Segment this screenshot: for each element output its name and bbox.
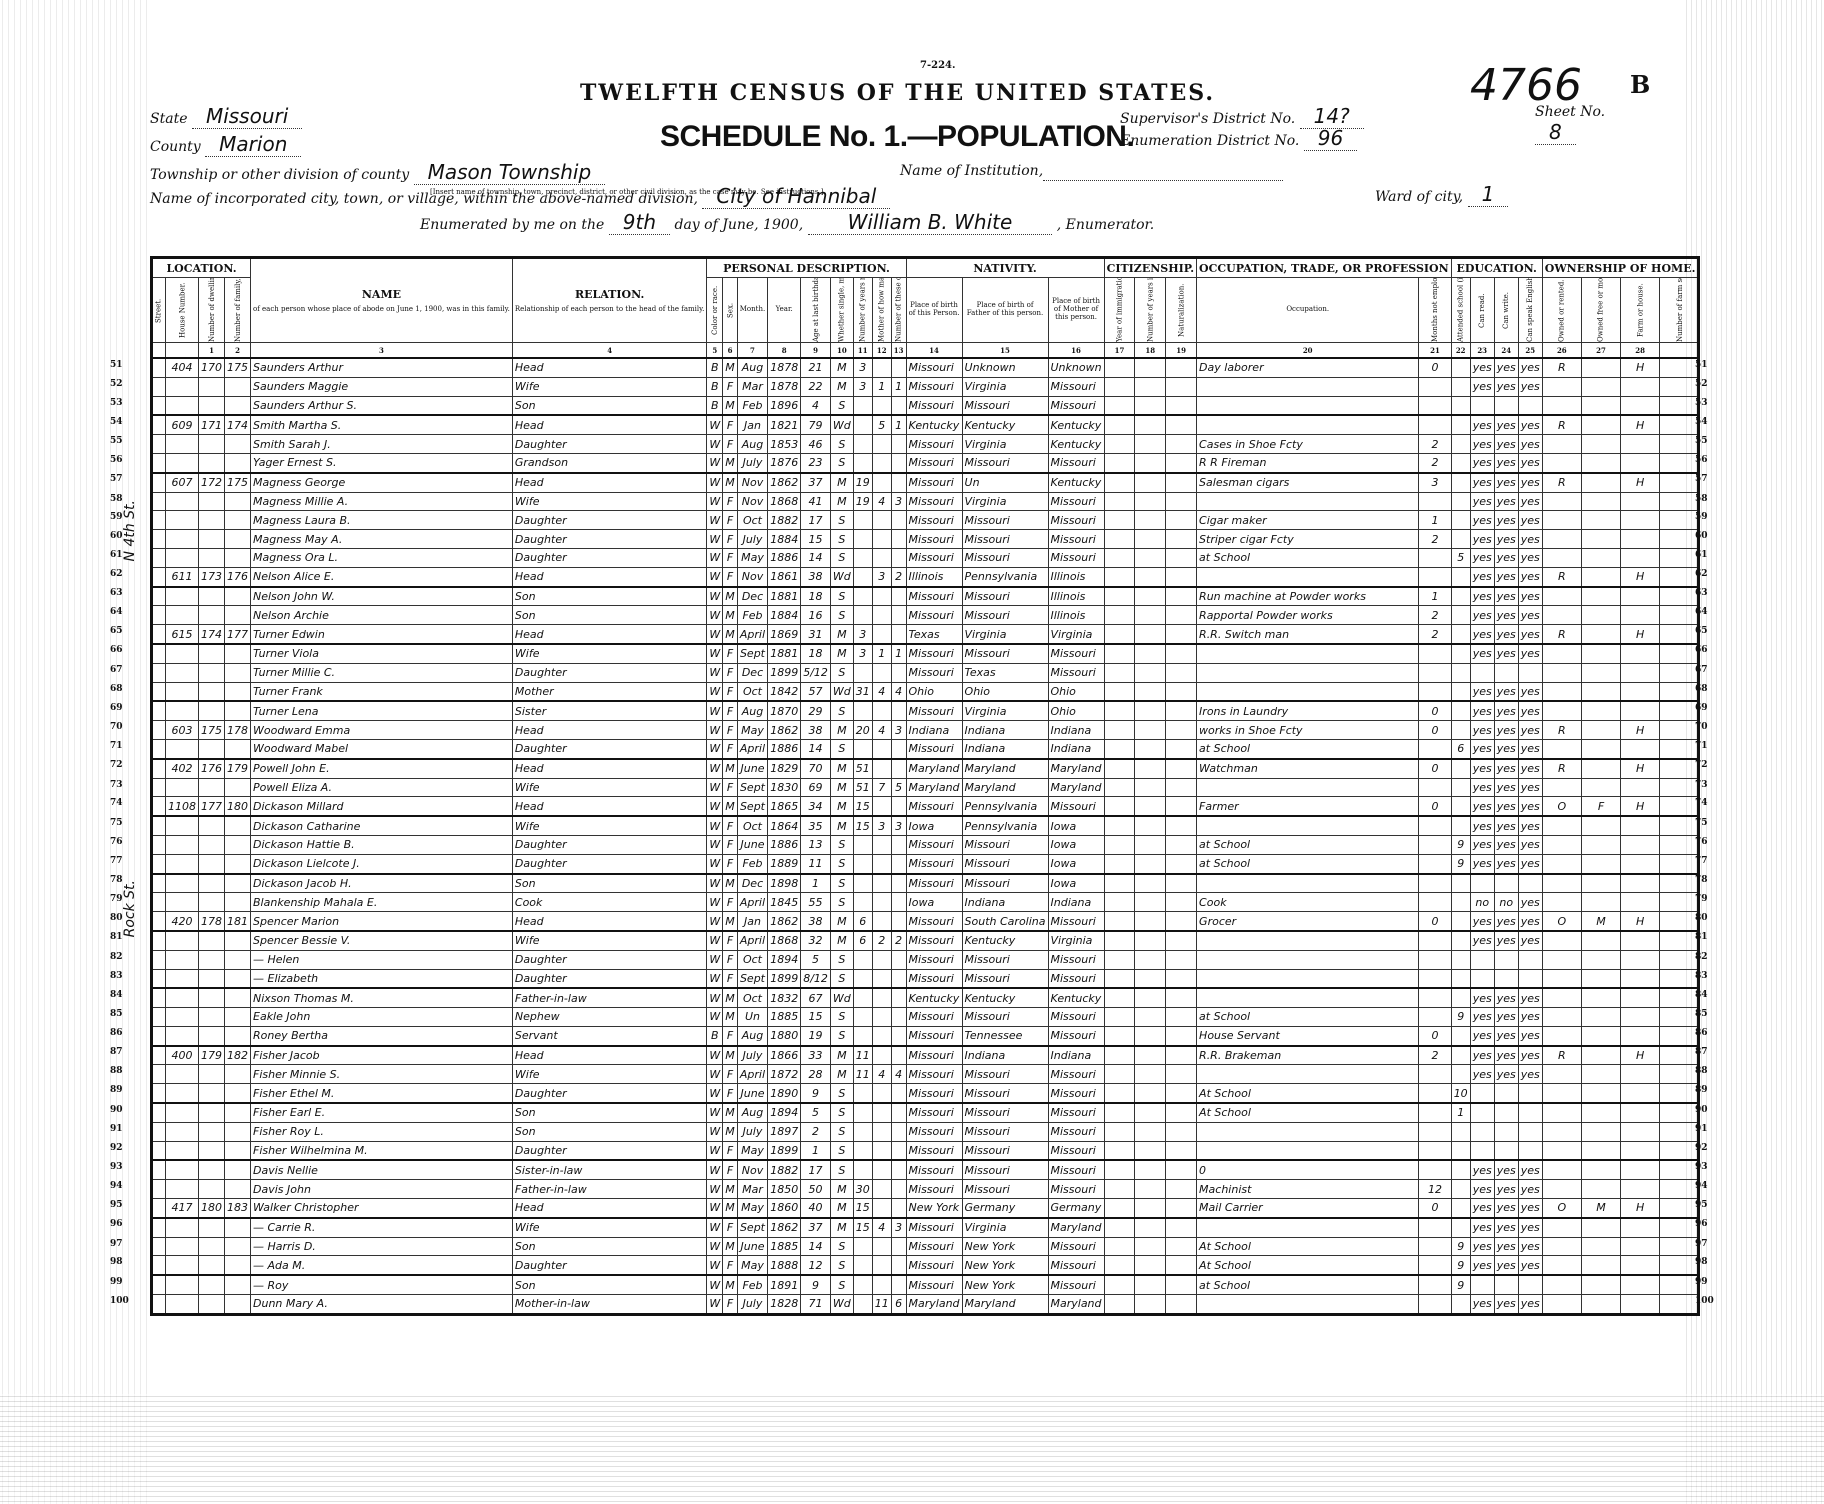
birthplace-person-cell: Missouri bbox=[906, 1084, 962, 1103]
attended-school-cell bbox=[1451, 778, 1470, 797]
years-married-cell bbox=[853, 874, 872, 893]
owned-rented-cell bbox=[1542, 1008, 1581, 1027]
dwelling-number-cell bbox=[199, 548, 225, 567]
naturalization-cell bbox=[1166, 663, 1197, 682]
line-number-left: 74 bbox=[110, 798, 123, 808]
years-married-cell: 19 bbox=[853, 473, 872, 492]
birth-year-cell: 1864 bbox=[768, 816, 801, 835]
birthplace-mother-cell: Missouri bbox=[1048, 396, 1104, 415]
line-number-right: 62 bbox=[1695, 569, 1708, 579]
years-married-cell bbox=[853, 1026, 872, 1045]
color-cell: W bbox=[707, 1046, 723, 1065]
years-in-us-cell bbox=[1135, 1218, 1166, 1237]
children-living-cell: 1 bbox=[891, 415, 906, 434]
street-cell bbox=[152, 854, 166, 873]
farm-house-cell: H bbox=[1621, 1046, 1660, 1065]
age-cell: 17 bbox=[801, 1160, 831, 1179]
children-born-cell: 4 bbox=[872, 682, 891, 701]
immigration-year-cell bbox=[1104, 377, 1135, 396]
occupation-cell: Rapportal Powder works bbox=[1197, 606, 1419, 625]
children-born-cell bbox=[872, 511, 891, 530]
speaks-english-cell: yes bbox=[1518, 1160, 1542, 1179]
occupation-header: OCCUPATION, TRADE, OR PROFESSION bbox=[1197, 258, 1452, 278]
marital-status-cell: S bbox=[830, 893, 853, 912]
occupation-cell bbox=[1197, 988, 1419, 1007]
children-born-cell bbox=[872, 1008, 891, 1027]
enumeration-date-field: Enumerated by me on the 9th day of June,… bbox=[420, 210, 1154, 234]
table-row: Smith Sarah J.DaughterWFAug185346SMissou… bbox=[152, 435, 1699, 454]
person-name-cell: Saunders Arthur bbox=[251, 358, 513, 377]
house-number-cell bbox=[166, 893, 199, 912]
children-born-cell bbox=[872, 396, 891, 415]
can-write-cell: yes bbox=[1494, 988, 1518, 1007]
color-cell: W bbox=[707, 1275, 723, 1294]
marital-status-cell: M bbox=[830, 759, 853, 778]
occupation-cell bbox=[1197, 1295, 1419, 1315]
age-cell: 11 bbox=[801, 854, 831, 873]
age-cell: 33 bbox=[801, 1046, 831, 1065]
house-number-cell bbox=[166, 492, 199, 511]
line-number-right: 99 bbox=[1695, 1277, 1708, 1287]
occupation-cell: Striper cigar Fcty bbox=[1197, 530, 1419, 549]
color-cell: W bbox=[707, 1084, 723, 1103]
family-number-cell bbox=[225, 1275, 251, 1294]
free-mortgaged-cell bbox=[1581, 988, 1620, 1007]
birth-year-cell: 1886 bbox=[768, 739, 801, 758]
attended-school-cell bbox=[1451, 492, 1470, 511]
person-name-cell: Magness May A. bbox=[251, 530, 513, 549]
birthplace-person-cell: Missouri bbox=[906, 1046, 962, 1065]
can-write-cell: yes bbox=[1494, 1065, 1518, 1084]
farm-schedule-cell bbox=[1660, 530, 1699, 549]
occupation-cell: at School bbox=[1197, 835, 1419, 854]
years-in-us-cell bbox=[1135, 377, 1166, 396]
children-born-cell bbox=[872, 1160, 891, 1179]
marital-status-cell: S bbox=[830, 1160, 853, 1179]
street-cell bbox=[152, 701, 166, 720]
table-row: — Harris D.SonWMJune188514SMissouriNew Y… bbox=[152, 1237, 1699, 1256]
house-number-cell: 400 bbox=[166, 1046, 199, 1065]
color-cell: W bbox=[707, 682, 723, 701]
owned-rented-cell bbox=[1542, 663, 1581, 682]
naturalization-cell bbox=[1166, 530, 1197, 549]
birthplace-mother-cell: Missouri bbox=[1048, 969, 1104, 988]
can-write-cell: yes bbox=[1494, 548, 1518, 567]
free-mortgaged-cell bbox=[1581, 396, 1620, 415]
occupation-cell bbox=[1197, 969, 1419, 988]
attended-school-cell bbox=[1451, 1295, 1470, 1315]
attended-school-cell bbox=[1451, 816, 1470, 835]
can-write-cell: yes bbox=[1494, 1295, 1518, 1315]
immigration-year-cell bbox=[1104, 1065, 1135, 1084]
table-row: — ElizabethDaughterWFSept18998/12SMissou… bbox=[152, 969, 1699, 988]
age-cell: 46 bbox=[801, 435, 831, 454]
immigration-year-cell bbox=[1104, 701, 1135, 720]
house-number-cell bbox=[166, 835, 199, 854]
years-married-cell bbox=[853, 415, 872, 434]
years-married-cell: 6 bbox=[853, 912, 872, 931]
free-mortgaged-cell bbox=[1581, 625, 1620, 644]
color-cell: W bbox=[707, 1141, 723, 1160]
farm-house-cell: H bbox=[1621, 912, 1660, 931]
family-number-cell: 176 bbox=[225, 567, 251, 586]
birth-month-cell: April bbox=[737, 1065, 767, 1084]
education-header: EDUCATION. bbox=[1451, 258, 1542, 278]
farm-house-cell bbox=[1621, 1218, 1660, 1237]
column-number: 24 bbox=[1494, 343, 1518, 359]
birthplace-mother-cell: Missouri bbox=[1048, 1275, 1104, 1294]
can-read-cell: yes bbox=[1470, 682, 1494, 701]
line-number-left: 64 bbox=[110, 607, 123, 617]
can-read-cell: no bbox=[1470, 893, 1494, 912]
person-name-cell: Magness Laura B. bbox=[251, 511, 513, 530]
dwelling-number-cell bbox=[199, 511, 225, 530]
marital-status-cell: Wd bbox=[830, 567, 853, 586]
person-name-cell: Eakle John bbox=[251, 1008, 513, 1027]
farm-schedule-cell bbox=[1660, 854, 1699, 873]
years-in-us-cell bbox=[1135, 1256, 1166, 1275]
dwelling-number-cell bbox=[199, 1065, 225, 1084]
months-unemployed-cell: 12 bbox=[1419, 1180, 1451, 1199]
age-cell: 16 bbox=[801, 606, 831, 625]
street-cell bbox=[152, 835, 166, 854]
can-read-cell: yes bbox=[1470, 1199, 1494, 1218]
column-number: 13 bbox=[891, 343, 906, 359]
birthplace-mother-cell: Illinois bbox=[1048, 567, 1104, 586]
age-cell: 2 bbox=[801, 1122, 831, 1141]
years-married-cell: 3 bbox=[853, 377, 872, 396]
owned-rented-cell bbox=[1542, 1141, 1581, 1160]
color-cell: W bbox=[707, 874, 723, 893]
person-name-cell: Turner Edwin bbox=[251, 625, 513, 644]
speaks-english-cell: yes bbox=[1518, 1046, 1542, 1065]
street-cell bbox=[152, 1008, 166, 1027]
years-in-us-cell bbox=[1135, 1122, 1166, 1141]
color-cell: B bbox=[707, 358, 723, 377]
person-name-cell: Dickason Lielcote J. bbox=[251, 854, 513, 873]
free-mortgaged-cell bbox=[1581, 1237, 1620, 1256]
birthplace-father-cell: Kentucky bbox=[962, 415, 1048, 434]
birth-year-cell: 1828 bbox=[768, 1295, 801, 1315]
enumeration-district-field: Enumeration District No. 96 bbox=[1120, 126, 1357, 150]
line-number-left: 98 bbox=[110, 1257, 123, 1267]
dwelling-number-cell bbox=[199, 1218, 225, 1237]
birth-month-cell: May bbox=[737, 721, 767, 740]
can-write-cell: yes bbox=[1494, 1008, 1518, 1027]
birth-month-cell: June bbox=[737, 1084, 767, 1103]
birthplace-father-cell: Germany bbox=[962, 1199, 1048, 1218]
name-header: NAMEof each person whose place of abode … bbox=[251, 258, 513, 343]
farm-house-cell bbox=[1621, 511, 1660, 530]
family-number-cell: 175 bbox=[225, 473, 251, 492]
marital-status-cell: S bbox=[830, 663, 853, 682]
birthplace-mother-cell: Missouri bbox=[1048, 530, 1104, 549]
birthplace-father-cell: Missouri bbox=[962, 950, 1048, 969]
speaks-english-cell: yes bbox=[1518, 435, 1542, 454]
color-cell: W bbox=[707, 721, 723, 740]
age-cell: 34 bbox=[801, 797, 831, 816]
marital-status-cell: M bbox=[830, 1218, 853, 1237]
can-write-cell: yes bbox=[1494, 912, 1518, 931]
street-note-2: Rock St. bbox=[122, 880, 138, 937]
birth-month-cell: Jan bbox=[737, 912, 767, 931]
children-born-cell bbox=[872, 625, 891, 644]
naturalization-cell bbox=[1166, 567, 1197, 586]
line-number-left: 51 bbox=[110, 360, 123, 370]
line-number-left: 96 bbox=[110, 1219, 123, 1229]
children-born-cell bbox=[872, 1046, 891, 1065]
line-number-right: 80 bbox=[1695, 913, 1708, 923]
naturalization-cell bbox=[1166, 1295, 1197, 1315]
farm-house-cell bbox=[1621, 739, 1660, 758]
can-write-cell: yes bbox=[1494, 473, 1518, 492]
column-number: 20 bbox=[1197, 343, 1419, 359]
birthplace-mother-cell: Maryland bbox=[1048, 1295, 1104, 1315]
street-cell bbox=[152, 1180, 166, 1199]
months-unemployed-cell bbox=[1419, 415, 1451, 434]
farm-schedule-cell bbox=[1660, 1237, 1699, 1256]
months-unemployed-cell bbox=[1419, 377, 1451, 396]
years-in-us-cell bbox=[1135, 1199, 1166, 1218]
family-number-cell bbox=[225, 835, 251, 854]
sex-cell: F bbox=[723, 492, 738, 511]
farm-schedule-cell bbox=[1660, 1160, 1699, 1179]
birthplace-person-cell: Missouri bbox=[906, 492, 962, 511]
months-unemployed-cell bbox=[1419, 1275, 1451, 1294]
owned-rented-cell bbox=[1542, 701, 1581, 720]
table-row: Nelson John W.SonWMDec188118SMissouriMis… bbox=[152, 587, 1699, 606]
naturalization-cell bbox=[1166, 797, 1197, 816]
can-write-cell: yes bbox=[1494, 835, 1518, 854]
birth-year-cell: 1853 bbox=[768, 435, 801, 454]
months-unemployed-cell bbox=[1419, 548, 1451, 567]
speaks-english-cell: yes bbox=[1518, 644, 1542, 663]
immigration-year-cell bbox=[1104, 1256, 1135, 1275]
relation-cell: Daughter bbox=[512, 950, 706, 969]
sex-cell: M bbox=[723, 912, 738, 931]
free-mortgaged-cell: F bbox=[1581, 797, 1620, 816]
enumeration-district-value: 96 bbox=[1304, 126, 1357, 151]
dwelling-number-cell bbox=[199, 893, 225, 912]
farm-house-cell bbox=[1621, 644, 1660, 663]
can-write-cell bbox=[1494, 950, 1518, 969]
occupation-cell: At School bbox=[1197, 1103, 1419, 1122]
house-number-cell bbox=[166, 511, 199, 530]
column-number: 9 bbox=[801, 343, 831, 359]
children-born-cell bbox=[872, 587, 891, 606]
table-row: Davis JohnFather-in-lawWMMar185050M30Mis… bbox=[152, 1180, 1699, 1199]
line-number-left: 85 bbox=[110, 1009, 123, 1019]
birth-month-cell: Oct bbox=[737, 511, 767, 530]
table-row: Fisher Earl E.SonWMAug18945SMissouriMiss… bbox=[152, 1103, 1699, 1122]
birthplace-father-cell: Missouri bbox=[962, 1160, 1048, 1179]
attended-school-cell bbox=[1451, 912, 1470, 931]
immigration-year-cell bbox=[1104, 950, 1135, 969]
owned-rented-cell: O bbox=[1542, 1199, 1581, 1218]
can-read-cell: yes bbox=[1470, 415, 1494, 434]
free-mortgaged-cell bbox=[1581, 548, 1620, 567]
line-number-left: 52 bbox=[110, 379, 123, 389]
form-id: 7-224. bbox=[920, 60, 955, 71]
birth-month-cell: June bbox=[737, 1237, 767, 1256]
birthplace-mother-cell: Germany bbox=[1048, 1199, 1104, 1218]
person-name-cell: Spencer Marion bbox=[251, 912, 513, 931]
months-unemployed-cell bbox=[1419, 1237, 1451, 1256]
line-number-left: 78 bbox=[110, 875, 123, 885]
birth-year-cell: 1830 bbox=[768, 778, 801, 797]
street-cell bbox=[152, 1160, 166, 1179]
family-number-cell bbox=[225, 931, 251, 950]
years-in-us-cell bbox=[1135, 1275, 1166, 1294]
children-living-cell bbox=[891, 759, 906, 778]
sex-cell: F bbox=[723, 1026, 738, 1045]
can-read-cell: yes bbox=[1470, 1256, 1494, 1275]
free-mortgaged-cell bbox=[1581, 1295, 1620, 1315]
owned-rented-cell bbox=[1542, 778, 1581, 797]
can-write-cell bbox=[1494, 1122, 1518, 1141]
relation-cell: Daughter bbox=[512, 511, 706, 530]
sex-cell: F bbox=[723, 377, 738, 396]
street-note-1: N 4th St. bbox=[122, 500, 138, 561]
table-row: Powell Eliza A.WifeWFSept183069M5175Mary… bbox=[152, 778, 1699, 797]
free-mortgaged-cell bbox=[1581, 530, 1620, 549]
birth-month-cell: Sept bbox=[737, 778, 767, 797]
farm-schedule-cell bbox=[1660, 1065, 1699, 1084]
children-living-cell: 3 bbox=[891, 816, 906, 835]
owned-rented-cell bbox=[1542, 739, 1581, 758]
years-in-us-cell bbox=[1135, 473, 1166, 492]
can-write-cell: yes bbox=[1494, 682, 1518, 701]
street-cell bbox=[152, 358, 166, 377]
birthplace-father-cell: Texas bbox=[962, 663, 1048, 682]
sex-cell: F bbox=[723, 1065, 738, 1084]
family-number-cell bbox=[225, 1237, 251, 1256]
can-read-cell: yes bbox=[1470, 1065, 1494, 1084]
line-number-left: 70 bbox=[110, 722, 123, 732]
can-write-cell: yes bbox=[1494, 377, 1518, 396]
person-name-cell: Davis Nellie bbox=[251, 1160, 513, 1179]
dwelling-number-cell bbox=[199, 1160, 225, 1179]
family-number-cell bbox=[225, 950, 251, 969]
house-number-cell: 1108 bbox=[166, 797, 199, 816]
column-number: 27 bbox=[1581, 343, 1620, 359]
age-cell: 15 bbox=[801, 1008, 831, 1027]
immigration-year-cell bbox=[1104, 893, 1135, 912]
can-read-cell bbox=[1470, 1103, 1494, 1122]
table-row: 603175178Woodward EmmaHeadWFMay186238M20… bbox=[152, 721, 1699, 740]
immigration-year-cell bbox=[1104, 835, 1135, 854]
sex-cell: M bbox=[723, 759, 738, 778]
years-in-us-cell bbox=[1135, 797, 1166, 816]
can-write-cell: yes bbox=[1494, 816, 1518, 835]
column-number: 3 bbox=[251, 343, 513, 359]
age-cell: 55 bbox=[801, 893, 831, 912]
state-value: Missouri bbox=[192, 104, 302, 129]
dwelling-number-cell: 174 bbox=[199, 625, 225, 644]
family-number-cell bbox=[225, 969, 251, 988]
attended-school-cell bbox=[1451, 644, 1470, 663]
dwelling-number-cell bbox=[199, 701, 225, 720]
line-number-right: 51 bbox=[1695, 360, 1708, 370]
farm-house-cell bbox=[1621, 835, 1660, 854]
age-cell: 9 bbox=[801, 1275, 831, 1294]
family-number-cell bbox=[225, 663, 251, 682]
age-cell: 13 bbox=[801, 835, 831, 854]
birthplace-mother-cell: Indiana bbox=[1048, 739, 1104, 758]
children-living-cell: 3 bbox=[891, 1218, 906, 1237]
years-in-us-cell bbox=[1135, 1084, 1166, 1103]
children-born-cell: 4 bbox=[872, 492, 891, 511]
naturalization-cell bbox=[1166, 625, 1197, 644]
street-cell bbox=[152, 682, 166, 701]
owned-rented-cell bbox=[1542, 1275, 1581, 1294]
birthplace-mother-cell: Maryland bbox=[1048, 1218, 1104, 1237]
children-born-cell bbox=[872, 874, 891, 893]
relation-cell: Wife bbox=[512, 644, 706, 663]
marital-status-cell: M bbox=[830, 778, 853, 797]
street-cell bbox=[152, 435, 166, 454]
house-number-cell: 607 bbox=[166, 473, 199, 492]
children-born-cell bbox=[872, 854, 891, 873]
marital-status-cell: S bbox=[830, 854, 853, 873]
person-name-cell: Turner Lena bbox=[251, 701, 513, 720]
naturalization-cell bbox=[1166, 1218, 1197, 1237]
line-number-right: 95 bbox=[1695, 1200, 1708, 1210]
children-born-cell bbox=[872, 701, 891, 720]
family-number-cell bbox=[225, 893, 251, 912]
line-number-left: 77 bbox=[110, 856, 123, 866]
dwelling-number-cell bbox=[199, 1141, 225, 1160]
birthplace-father-cell: Unknown bbox=[962, 358, 1048, 377]
line-number-left: 54 bbox=[110, 417, 123, 427]
immigration-year-cell bbox=[1104, 473, 1135, 492]
birthplace-person-cell: Missouri bbox=[906, 644, 962, 663]
attended-school-cell bbox=[1451, 358, 1470, 377]
marital-status-cell: M bbox=[830, 816, 853, 835]
owned-rented-cell bbox=[1542, 1026, 1581, 1045]
speaks-english-cell bbox=[1518, 1084, 1542, 1103]
line-number-left: 83 bbox=[110, 971, 123, 981]
years-in-us-cell bbox=[1135, 1008, 1166, 1027]
children-born-cell bbox=[872, 473, 891, 492]
birthplace-person-cell: Missouri bbox=[906, 1275, 962, 1294]
birthplace-mother-cell: Missouri bbox=[1048, 1180, 1104, 1199]
house-number-cell bbox=[166, 453, 199, 472]
sex-cell: F bbox=[723, 701, 738, 720]
occupation-cell bbox=[1197, 663, 1419, 682]
months-unemployed-cell bbox=[1419, 1295, 1451, 1315]
months-unemployed-cell bbox=[1419, 1008, 1451, 1027]
farm-house-cell bbox=[1621, 1141, 1660, 1160]
immigration-year-cell bbox=[1104, 606, 1135, 625]
birthplace-father-cell: Missouri bbox=[962, 1122, 1048, 1141]
family-number-cell bbox=[225, 1084, 251, 1103]
attended-school-cell: 9 bbox=[1451, 835, 1470, 854]
months-unemployed-cell bbox=[1419, 1141, 1451, 1160]
birthplace-mother-cell: Indiana bbox=[1048, 893, 1104, 912]
farm-house-cell bbox=[1621, 1103, 1660, 1122]
years-married-cell bbox=[853, 548, 872, 567]
person-name-cell: Turner Viola bbox=[251, 644, 513, 663]
speaks-english-cell: yes bbox=[1518, 739, 1542, 758]
speaks-english-cell: yes bbox=[1518, 816, 1542, 835]
immigration-year-cell bbox=[1104, 931, 1135, 950]
birthplace-person-cell: Missouri bbox=[906, 1218, 962, 1237]
can-write-cell: yes bbox=[1494, 1237, 1518, 1256]
family-number-cell bbox=[225, 530, 251, 549]
table-row: 417180183Walker ChristopherHeadWMMay1860… bbox=[152, 1199, 1699, 1218]
occupation-cell bbox=[1197, 1218, 1419, 1237]
